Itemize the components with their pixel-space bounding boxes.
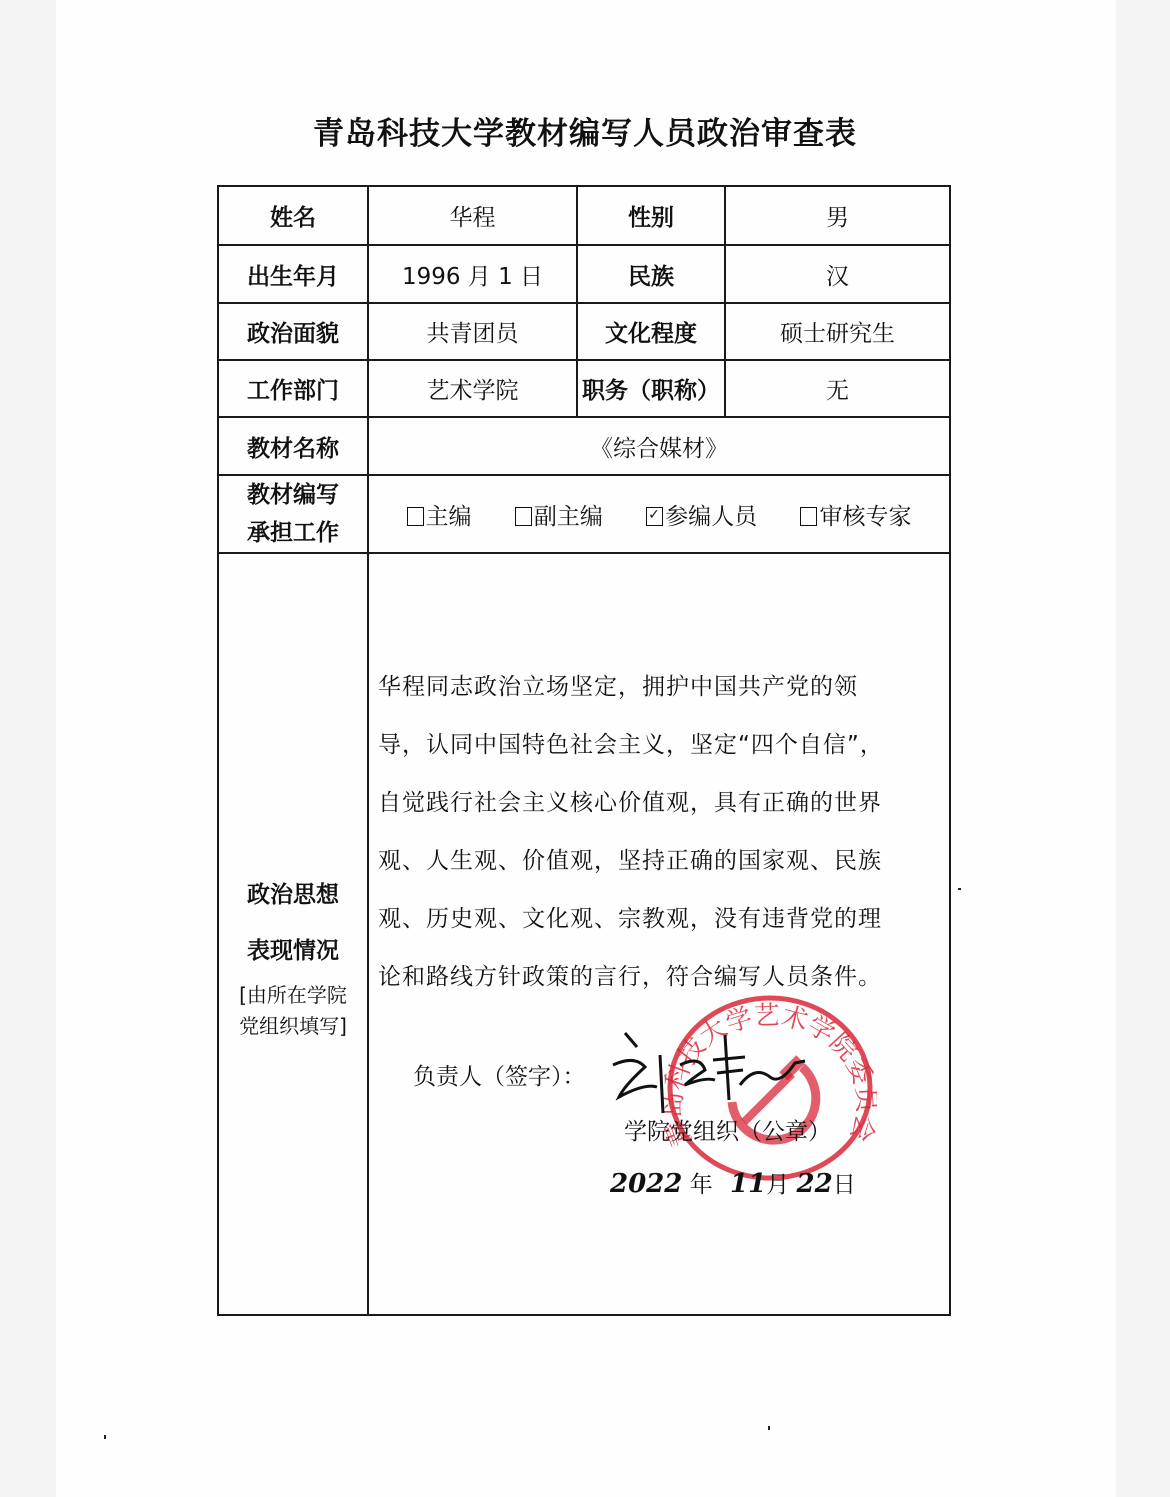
label-assessment-line1: 政治思想 (219, 867, 367, 923)
sign-date: 2022 年 11月 22日 (610, 1166, 856, 1199)
label-political-status: 政治面貌 (218, 303, 368, 360)
row-department: 工作部门 艺术学院 职务（职称） 无 (218, 360, 950, 417)
label-assessment-note2: 党组织填写] (219, 1012, 367, 1041)
label-role-line1: 教材编写 (219, 476, 367, 514)
option-contributor-label: 参编人员 (665, 504, 757, 530)
checkbox-contributor-checked[interactable] (646, 507, 663, 526)
label-name: 姓名 (218, 186, 368, 245)
label-gender: 性别 (577, 186, 725, 245)
party-org-seal-label: 学院党组织（公章） (624, 1113, 831, 1146)
label-role: 教材编写 承担工作 (218, 475, 368, 553)
date-year: 2022 (610, 1169, 682, 1199)
checkbox-chief-editor[interactable] (407, 507, 424, 526)
assessment-line: 导，认同中国特色社会主义，坚定“四个自信”， (378, 716, 898, 774)
value-position: 无 (725, 360, 950, 417)
option-review-expert[interactable]: 审核专家 (800, 498, 911, 531)
option-contributor[interactable]: 参编人员 (646, 498, 757, 531)
value-education: 硕士研究生 (725, 303, 950, 360)
value-gender: 男 (725, 186, 950, 245)
date-month-unit: 月 (766, 1172, 789, 1198)
row-textbook: 教材名称 《综合媒材》 (218, 417, 950, 475)
checkbox-deputy-editor[interactable] (515, 507, 532, 526)
date-day: 22 (797, 1169, 833, 1199)
option-review-expert-label: 审核专家 (819, 504, 911, 530)
label-assessment: 政治思想 表现情况 [由所在学院 党组织填写] (218, 553, 368, 1315)
option-chief-editor-label: 主编 (426, 504, 472, 530)
row-name: 姓名 华程 性别 男 (218, 186, 950, 245)
signature-icon (605, 1025, 835, 1115)
document-title: 青岛科技大学教材编写人员政治审查表 (0, 108, 1170, 153)
label-education: 文化程度 (577, 303, 725, 360)
assessment-text: 华程同志政治立场坚定，拥护中国共产党的领 导，认同中国特色社会主义，坚定“四个自… (378, 658, 898, 1006)
label-birth-date: 出生年月 (218, 245, 368, 303)
row-role: 教材编写 承担工作 主编 副主编 参编人员 审核专家 (218, 475, 950, 553)
value-birth-date: 1996 月 1 日 (368, 245, 577, 303)
assessment-line: 观、历史观、文化观、宗教观，没有违背党的理 (378, 890, 898, 948)
scan-speck (958, 888, 961, 890)
scan-speck (104, 1435, 106, 1439)
option-deputy-editor-label: 副主编 (534, 504, 603, 530)
row-birth: 出生年月 1996 月 1 日 民族 汉 (218, 245, 950, 303)
date-month: 11 (730, 1169, 766, 1199)
role-options: 主编 副主编 参编人员 审核专家 (368, 475, 950, 553)
assessment-line: 华程同志政治立场坚定，拥护中国共产党的领 (378, 658, 898, 716)
label-textbook-name: 教材名称 (218, 417, 368, 475)
assessment-line: 观、人生观、价值观，坚持正确的国家观、民族 (378, 832, 898, 890)
label-department: 工作部门 (218, 360, 368, 417)
option-chief-editor[interactable]: 主编 (407, 498, 472, 531)
value-department: 艺术学院 (368, 360, 577, 417)
option-deputy-editor[interactable]: 副主编 (515, 498, 603, 531)
value-political-status: 共青团员 (368, 303, 577, 360)
label-assessment-note1: [由所在学院 (219, 981, 367, 1010)
scan-speck (768, 1426, 770, 1430)
value-textbook-name: 《综合媒材》 (368, 417, 950, 475)
assessment-line: 自觉践行社会主义核心价值观，具有正确的世界 (378, 774, 898, 832)
signer-label: 负责人（签字）： (413, 1058, 586, 1091)
value-name: 华程 (368, 186, 577, 245)
row-political: 政治面貌 共青团员 文化程度 硕士研究生 (218, 303, 950, 360)
checkbox-review-expert[interactable] (800, 507, 817, 526)
label-assessment-line2: 表现情况 (219, 923, 367, 979)
value-ethnicity: 汉 (725, 245, 950, 303)
date-day-unit: 日 (833, 1172, 856, 1198)
label-ethnicity: 民族 (577, 245, 725, 303)
date-year-unit: 年 (690, 1172, 713, 1198)
label-position: 职务（职称） (577, 360, 725, 417)
label-role-line2: 承担工作 (219, 514, 367, 552)
